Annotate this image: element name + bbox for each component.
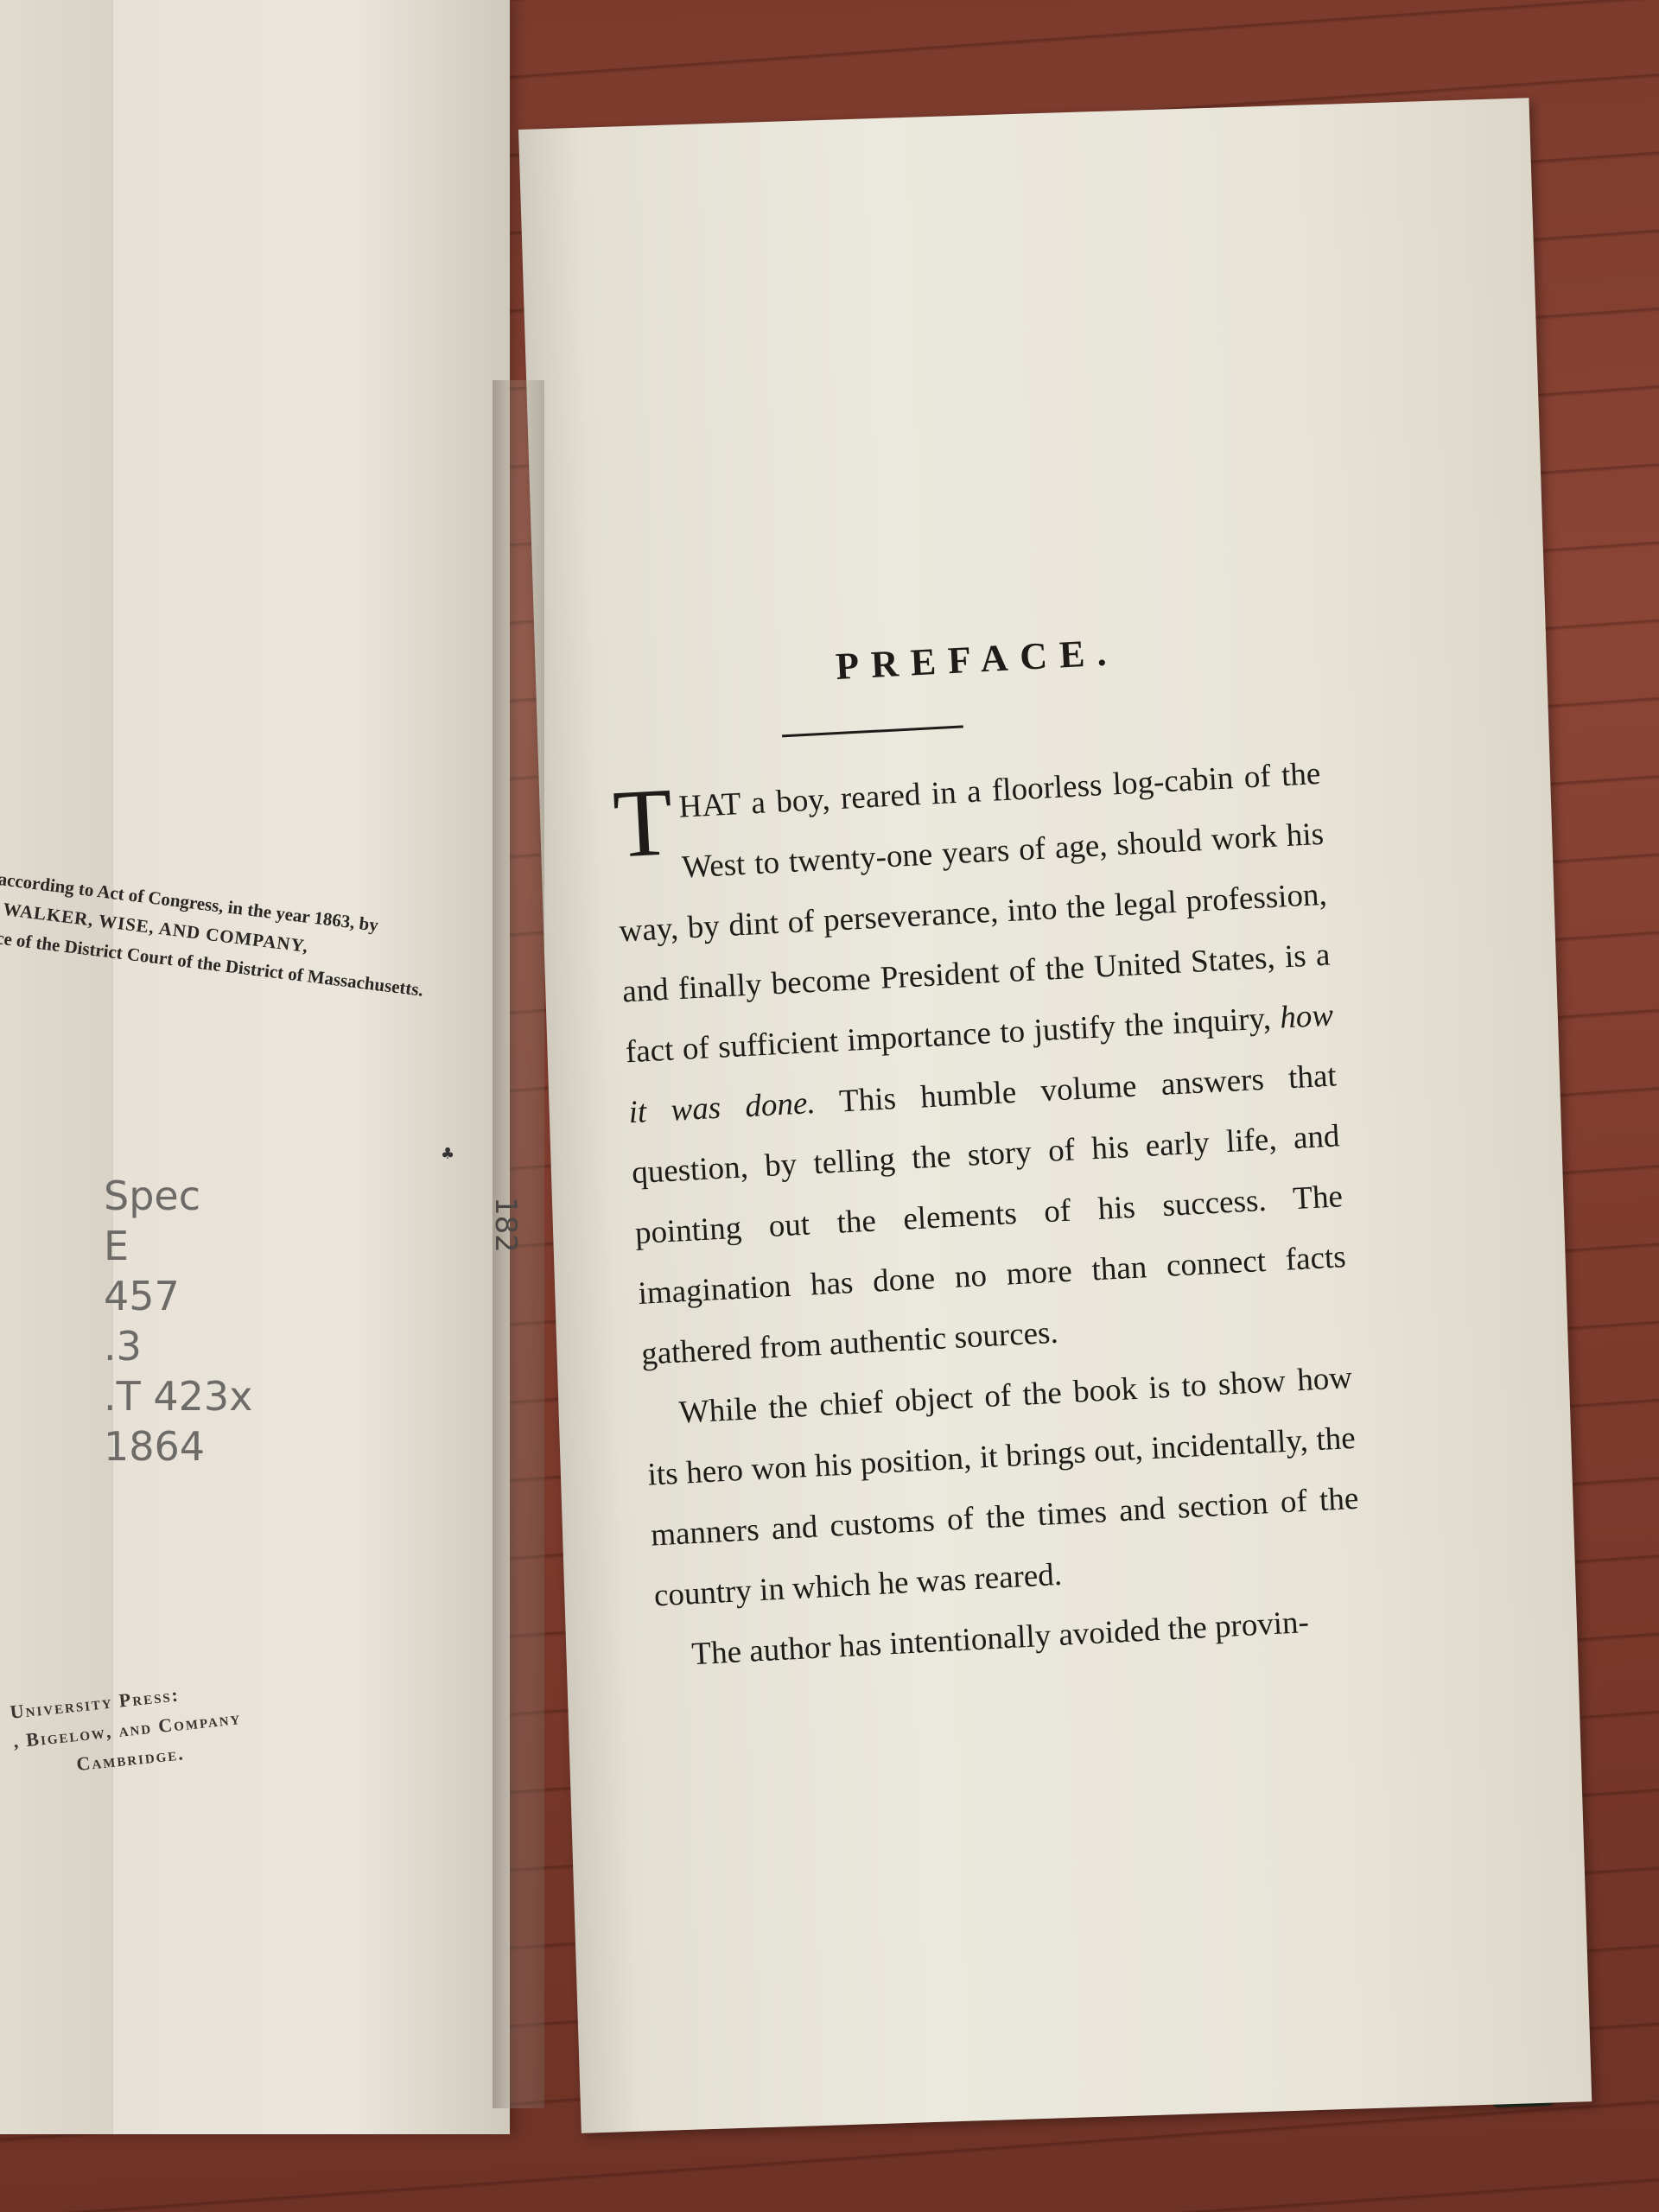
call-number-line: 457 xyxy=(104,1271,252,1321)
pencil-margin-note: 182 xyxy=(488,1197,523,1253)
lead-word: HAT xyxy=(678,786,741,825)
left-page-fold xyxy=(0,0,113,2134)
drop-cap: T xyxy=(612,783,682,864)
preface-text-block: PREFACE. THAT a boy, reared in a floorle… xyxy=(605,620,1366,1687)
title-rule xyxy=(782,725,963,737)
call-number-line: Spec xyxy=(104,1171,252,1221)
call-number-line: .T 423x xyxy=(104,1371,252,1421)
paragraph: THAT a boy, reared in a floorless log-ca… xyxy=(612,744,1351,1385)
handwritten-call-number: Spec E 457 .3 .T 423x 1864 xyxy=(104,1171,252,1471)
call-number-line: .3 xyxy=(104,1321,252,1371)
ornament-icon: ♣ xyxy=(441,1145,454,1163)
paragraph: While the chief object of the book is to… xyxy=(643,1348,1363,1627)
call-number-line: E xyxy=(104,1221,252,1271)
call-number-line: 1864 xyxy=(104,1421,252,1471)
